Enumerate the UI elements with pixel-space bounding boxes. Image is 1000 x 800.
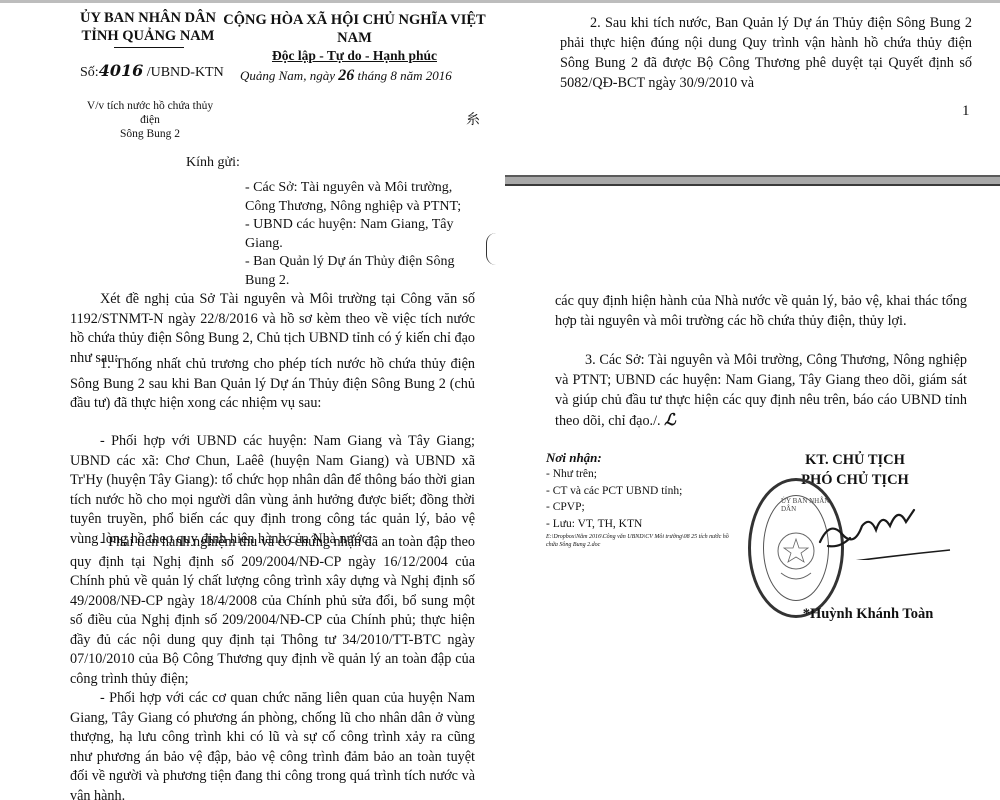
doc-number-handwritten: 4016 <box>99 61 144 80</box>
page-divider <box>505 175 1000 186</box>
distribution-item: - Lưu: VT, TH, KTN <box>546 516 736 533</box>
subject-line2: Sông Bung 2 <box>80 127 220 141</box>
file-path: E:\Dropbox\Năm 2016\Công văn UBND\CV Môi… <box>546 533 736 549</box>
item-3-paragraph: 3. Các Sở: Tài nguyên và Môi trường, Côn… <box>555 350 967 431</box>
item-1a-paragraph: - Phối hợp với UBND các huyện: Nam Giang… <box>70 432 475 549</box>
date-prefix: Quảng Nam, ngày <box>240 68 338 83</box>
distribution-list: Nơi nhận: - Như trên; - CT và các PCT UB… <box>546 449 736 549</box>
item-1b-paragraph: - Phải tiến hành nghiệm thu và có chứng … <box>70 533 475 689</box>
issuer-underline <box>114 47 184 48</box>
document-number: Số:4016 /UBND-KTN <box>80 61 224 81</box>
document-page-2-bottom: các quy định hiện hành của Nhà nước về q… <box>500 188 1000 800</box>
item-3-text: 3. Các Sở: Tài nguyên và Môi trường, Côn… <box>555 352 967 429</box>
subject-line1: V/v tích nước hồ chứa thủy điện <box>80 99 220 127</box>
page-number: 1 <box>962 103 970 120</box>
date-handwritten-day: 26 <box>338 67 354 84</box>
document-page-1: ỦY BAN NHÂN DÂN TỈNH QUẢNG NAM Số:4016 /… <box>0 3 500 800</box>
margin-mark: 糸 <box>466 109 480 129</box>
recipient-item: - Ban Quản lý Dự án Thủy điện Sông Bung … <box>245 253 485 290</box>
national-motto: Độc lập - Tự do - Hạnh phúc <box>272 48 437 63</box>
national-header: CỘNG HÒA XÃ HỘI CHỦ NGHĨA VIỆT NAM Độc l… <box>222 11 487 65</box>
doc-number-prefix: Số: <box>80 65 99 80</box>
recipients-list: - Các Sở: Tài nguyên và Môi trường, Công… <box>245 179 485 290</box>
date-suffix: tháng 8 năm 2016 <box>354 68 452 83</box>
distribution-item: - CPVP; <box>546 499 736 516</box>
continuation-paragraph: các quy định hiện hành của Nhà nước về q… <box>555 291 967 331</box>
item-1c-paragraph: - Phối hợp với các cơ quan chức năng liê… <box>70 689 475 800</box>
issue-date: Quảng Nam, ngày 26 tháng 8 năm 2016 <box>240 67 452 85</box>
item-2-paragraph: 2. Sau khi tích nước, Ban Quản lý Dự án … <box>560 13 972 93</box>
item-1-paragraph: 1. Thống nhất chủ trương cho phép tích n… <box>70 355 475 414</box>
nation-title: CỘNG HÒA XÃ HỘI CHỦ NGHĨA VIỆT NAM <box>222 11 487 47</box>
sign-title-1: KT. CHỦ TỊCH <box>735 450 975 470</box>
handwritten-initial: ℒ <box>664 410 676 429</box>
doc-number-suffix: /UBND-KTN <box>143 65 224 80</box>
issuer-line1: ỦY BAN NHÂN DÂN <box>78 9 218 27</box>
distribution-title: Nơi nhận: <box>546 449 736 466</box>
recipient-item: - UBND các huyện: Nam Giang, Tây Giang. <box>245 216 485 253</box>
distribution-item: - CT và các PCT UBND tỉnh; <box>546 483 736 500</box>
subject-block: V/v tích nước hồ chứa thủy điện Sông Bun… <box>80 99 220 141</box>
document-page-2-top: 2. Sau khi tích nước, Ban Quản lý Dự án … <box>500 3 1000 175</box>
distribution-item: - Như trên; <box>546 466 736 483</box>
greeting: Kính gửi: <box>186 155 240 171</box>
signature-icon <box>810 500 960 560</box>
issuer-line2: TỈNH QUẢNG NAM <box>78 27 218 45</box>
issuer-block: ỦY BAN NHÂN DÂN TỈNH QUẢNG NAM <box>78 9 218 45</box>
margin-scribble <box>486 233 500 265</box>
recipient-item: - Các Sở: Tài nguyên và Môi trường, Công… <box>245 179 485 216</box>
signer-name: *Huỳnh Khánh Toàn <box>758 606 978 623</box>
